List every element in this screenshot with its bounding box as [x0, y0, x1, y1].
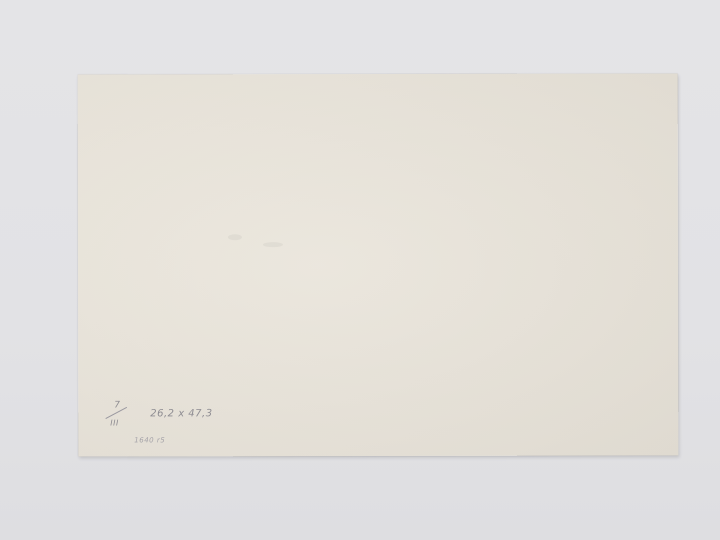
pencil-fraction-annotation: 7 III	[100, 400, 130, 434]
pencil-dimensions-annotation: 26,2 x 47,3	[150, 408, 212, 419]
paper-sheet: 7 III 26,2 x 47,3 1640 r5	[78, 73, 679, 456]
faint-mark	[263, 242, 283, 247]
fraction-numerator: 7	[114, 400, 120, 410]
faint-mark	[228, 234, 242, 240]
pencil-note-annotation: 1640 r5	[134, 436, 165, 444]
fraction-denominator: III	[110, 418, 119, 427]
